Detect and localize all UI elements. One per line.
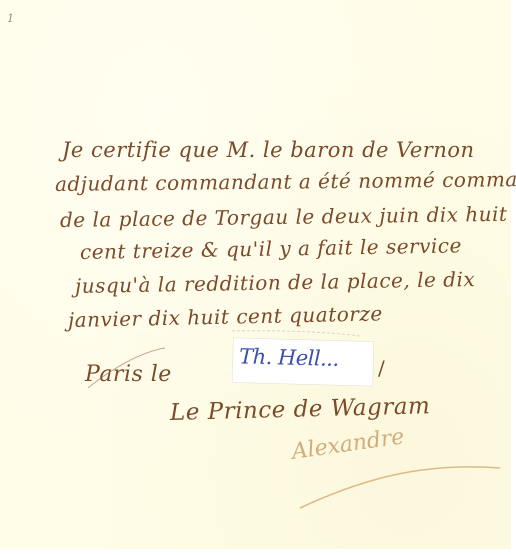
text-line-6: janvier dix huit cent quatorze: [68, 301, 383, 332]
text-line-2: adjudant commandant a été nommé commanda…: [55, 167, 516, 196]
text-line-5: jusqu'à la reddition de la place, le dix: [75, 267, 476, 298]
label-signature: Th. Hell...: [239, 344, 339, 371]
closing-title: Le Prince de Wagram: [170, 393, 431, 426]
place-date-prefix: Paris le: [85, 362, 172, 387]
text-line-3: de la place de Torgau le deux juin dix h…: [60, 202, 508, 232]
trailing-mark: /: [378, 356, 385, 380]
pasted-label: Th. Hell...: [232, 338, 373, 386]
text-line-1: Je certifie que M. le baron de Vernon: [62, 138, 475, 162]
author-signature: Alexandre: [290, 424, 406, 465]
page-number-mark: 1: [7, 12, 14, 25]
document-page: 1 Je certifie que M. le baron de Vernon …: [0, 0, 511, 549]
text-line-4: cent treize & qu'il y a fait le service: [80, 233, 462, 264]
